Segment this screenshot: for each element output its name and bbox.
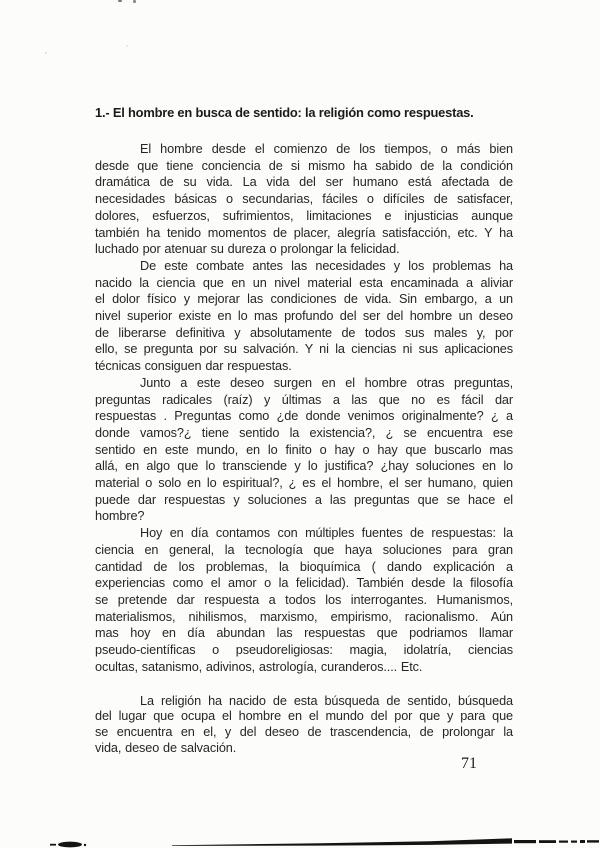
text-line: se encuentra en el, y del deseo de trasc… [95,725,513,741]
text-line: preguntas radicales (raíz) y últimas a l… [95,392,513,409]
section-heading: 1.- El hombre en busca de sentido: la re… [95,104,513,121]
text-line: del lugar que ocupa el hombre en el mund… [95,709,513,725]
ink-blob-dot [84,844,86,846]
text-line: El hombre desde el comienzo de los tiemp… [95,141,513,158]
text-line: materialismos, nihilismos, marxismo, emp… [95,609,513,626]
text-line: Junto a este deseo surgen en el hombre o… [95,375,513,392]
scan-dash [587,840,599,842]
scan-artifact-bottom [0,830,600,848]
scan-streak [172,838,512,846]
page-number: 71 [461,755,477,773]
ink-blob-tail [50,844,56,846]
text-line: ocultas, satanismo, adivinos, astrología… [95,659,513,676]
text-line: respuestas . Preguntas como ¿de donde ve… [95,408,513,425]
paragraph: De este combate antes las necesidades y … [95,258,513,375]
text-line: ciencia en general, la tecnología que ha… [95,542,513,559]
text-line: nivel superior existe en lo mas profundo… [95,308,513,325]
scan-dash [571,841,577,843]
paragraph: La religión ha nacido de esta búsqueda d… [95,694,513,757]
text-line: allá, en algo que lo transciende y lo ju… [95,458,513,475]
scan-dash [514,840,536,843]
text-line: técnicas consiguen dar respuestas. [95,358,513,375]
text-line: dramática de su vida. La vida del ser hu… [95,174,513,191]
scan-dash [539,840,556,843]
text-line: de liberarse definitiva y absolutamente … [95,325,513,342]
text-line: desde que tiene conciencia de si mismo h… [95,158,513,175]
text-line: ello, se pregunta por su salvación. Y ni… [95,341,513,358]
text-line: De este combate antes las necesidades y … [95,258,513,275]
text-line: el dolor físico y mejorar las condicione… [95,291,513,308]
text-line: La religión ha nacido de esta búsqueda d… [95,694,513,710]
ink-blob [58,842,82,848]
text-line: hombre? [95,508,513,525]
text-line: pseudo-científicas o pseudoreligiosas: m… [95,642,513,659]
text-line: dolores, esfuerzos, sufrimientos, limita… [95,208,513,225]
paragraph: Hoy en día contamos con múltiples fuente… [95,525,513,675]
scan-speck [126,45,128,47]
text-line: sentido en este mundo, en lo finito o ha… [95,442,513,459]
text-line: Hoy en día contamos con múltiples fuente… [95,525,513,542]
scan-speck [133,0,136,3]
text-line: necesidades básicas o secundarias, fácil… [95,191,513,208]
text-line: también ha tenido momentos de placer, al… [95,225,513,242]
text-line: material o solo en lo espiritual?, ¿ es … [95,475,513,492]
text-line: puede dar respuestas y soluciones a las … [95,492,513,509]
scanned-document-page: 1.- El hombre en busca de sentido: la re… [0,0,600,848]
scan-dash [580,840,585,843]
text-line: cantidad de los problemas, la bioquímica… [95,559,513,576]
text-line: se pretende dar respuesta a todos los in… [95,592,513,609]
text-line: luchado por atenuar su dureza o prolonga… [95,241,513,258]
scan-dash [559,841,568,843]
paragraph: Junto a este deseo surgen en el hombre o… [95,375,513,525]
text-line: vida, deseo de salvación. [95,741,513,757]
paragraph: El hombre desde el comienzo de los tiemp… [95,141,513,258]
text-block: 1.- El hombre en busca de sentido: la re… [95,104,513,757]
scan-speck [118,0,122,2]
text-line: experiencias como el amor o la felicidad… [95,575,513,592]
scan-speck [45,52,47,54]
body-text: El hombre desde el comienzo de los tiemp… [95,141,513,757]
text-line: mas hoy en día abundan las respuestas qu… [95,625,513,642]
text-line: nacido la ciencia que en un nivel materi… [95,275,513,292]
text-line: donde vamos?¿ tiene sentido la existenci… [95,425,513,442]
